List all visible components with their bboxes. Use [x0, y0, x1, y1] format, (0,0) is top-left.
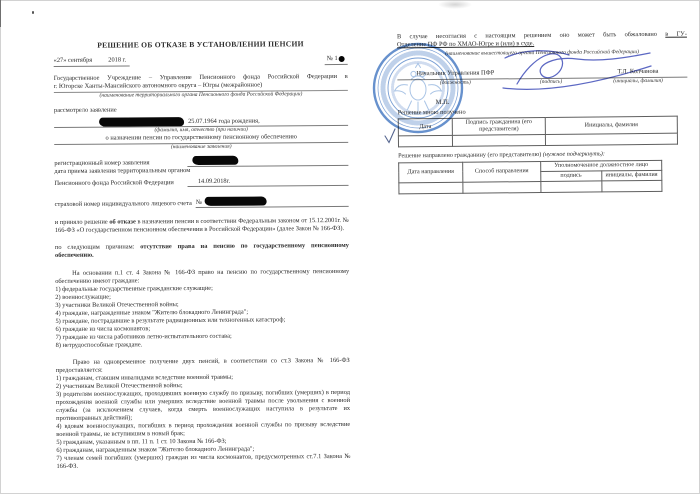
receive-date-row: Пенсионного фонда Российской Федерации 1…: [54, 173, 348, 187]
snils-field: №: [196, 194, 349, 207]
left-page-scan: РЕШЕНИЕ ОБ ОТКАЗЕ В УСТАНОВЛЕНИИ ПЕНСИИ …: [28, 24, 361, 484]
sent-label-note: (нужное подчеркнуть):: [543, 150, 605, 158]
table-cell-empty: [452, 134, 545, 146]
receive-date-value: 14.09.2018г.: [198, 177, 230, 185]
table-subheader-initials: инициалы, фамилия: [601, 170, 662, 181]
snils-label: страховой номер индивидуального лицевого…: [55, 200, 192, 209]
table-cell-empty: [463, 181, 541, 193]
reason-paragraph: по следующим причинам: отсутствие права …: [55, 241, 349, 259]
handwritten-signature: [499, 45, 655, 95]
table-header-send-method: Способ направления: [463, 161, 541, 182]
list-item: 3) родителям военнослужащих, проходивших…: [56, 388, 350, 422]
sent-table: Дата направления Способ направления Упол…: [398, 159, 662, 194]
scan-edge-line: [0, 0, 1, 27]
table-cell-empty: [541, 180, 602, 192]
checkmark-mark: [383, 127, 397, 144]
receive-date-field: 14.09.2018г.: [188, 173, 349, 186]
appeal-text: В случае несогласия с настоящим решением…: [397, 31, 657, 40]
decision-year: 2018 г.: [108, 56, 126, 64]
snils-row: страховой номер индивидуального лицевого…: [55, 194, 349, 208]
decision-text-bold: об отказе: [109, 218, 136, 225]
birth-date-text: 25.07.1964 года рождения,: [188, 117, 260, 125]
table-cell-empty: [601, 180, 662, 192]
stamp-place-label: М.П.: [436, 96, 688, 106]
registration-number-label: регистрационный номер заявления: [54, 159, 149, 168]
dual-pension-items-list: 1) гражданам, ставшим инвалидами вследст…: [56, 372, 351, 470]
table-header-initials: Инициалы, фамилия: [545, 116, 677, 134]
decision-number: № 1: [327, 55, 338, 63]
table-row: [398, 133, 677, 147]
application-caption: (наименование заявления): [54, 143, 348, 152]
decision-date: «27» сентября: [54, 57, 93, 65]
list-item: 7) членам семей погибших (умерших) гражд…: [56, 452, 350, 470]
scan-artifact-speck: [32, 11, 34, 14]
sent-label: Решение направлено гражданину (его предс…: [398, 149, 688, 160]
decision-date-field: «27» сентября 2018 г.: [54, 56, 131, 67]
registration-number-field: [188, 153, 349, 166]
registration-number-row: регистрационный номер заявления: [54, 153, 348, 167]
scan-artifact-smudge: [438, 0, 472, 9]
decision-text-pre: и приняло решение: [55, 218, 108, 225]
page-title: РЕШЕНИЕ ОБ ОТКАЗЕ В УСТАНОВЛЕНИИ ПЕНСИИ: [53, 24, 347, 50]
table-cell-empty: [399, 182, 463, 194]
redaction-bar: [205, 196, 267, 205]
round-official-stamp-icon: [371, 41, 465, 135]
appeal-authority-part1: в ГУ-: [665, 31, 687, 38]
redaction-dot: [339, 56, 345, 62]
table-cell-empty: [398, 135, 452, 147]
table-header-citizen-signature: Подпись гражданина (его представителя): [452, 117, 545, 135]
org-caption: (наименование территориального органа Пе…: [54, 91, 348, 100]
appeal-paragraph-line1: В случае несогласия с настоящим решением…: [397, 14, 687, 42]
reason-text-pre: по следующим причинам:: [55, 243, 135, 251]
table-header-send-date: Дата направления: [399, 162, 463, 183]
table-subheader-signature: подпись: [541, 170, 602, 181]
list-item: 8) нетрудоспособные граждане.: [56, 339, 350, 349]
receive-date-label2: Пенсионного фонда Российской Федерации: [54, 179, 173, 188]
redaction-bar: [193, 156, 239, 165]
basis-items-list: 1) федеральные государственные гражданск…: [55, 283, 349, 349]
snils-number-sign: №: [196, 198, 202, 206]
date-number-row: «27» сентября 2018 г. № 1: [54, 55, 348, 67]
decision-paragraph: и приняло решение об отказе в назначении…: [55, 216, 349, 234]
sent-label-text: Решение направлено гражданину (его предс…: [398, 150, 541, 158]
table-cell-empty: [545, 133, 677, 145]
redaction-bar: [99, 117, 184, 126]
table-row: [399, 180, 662, 194]
decision-number-field: № 1: [325, 55, 348, 65]
